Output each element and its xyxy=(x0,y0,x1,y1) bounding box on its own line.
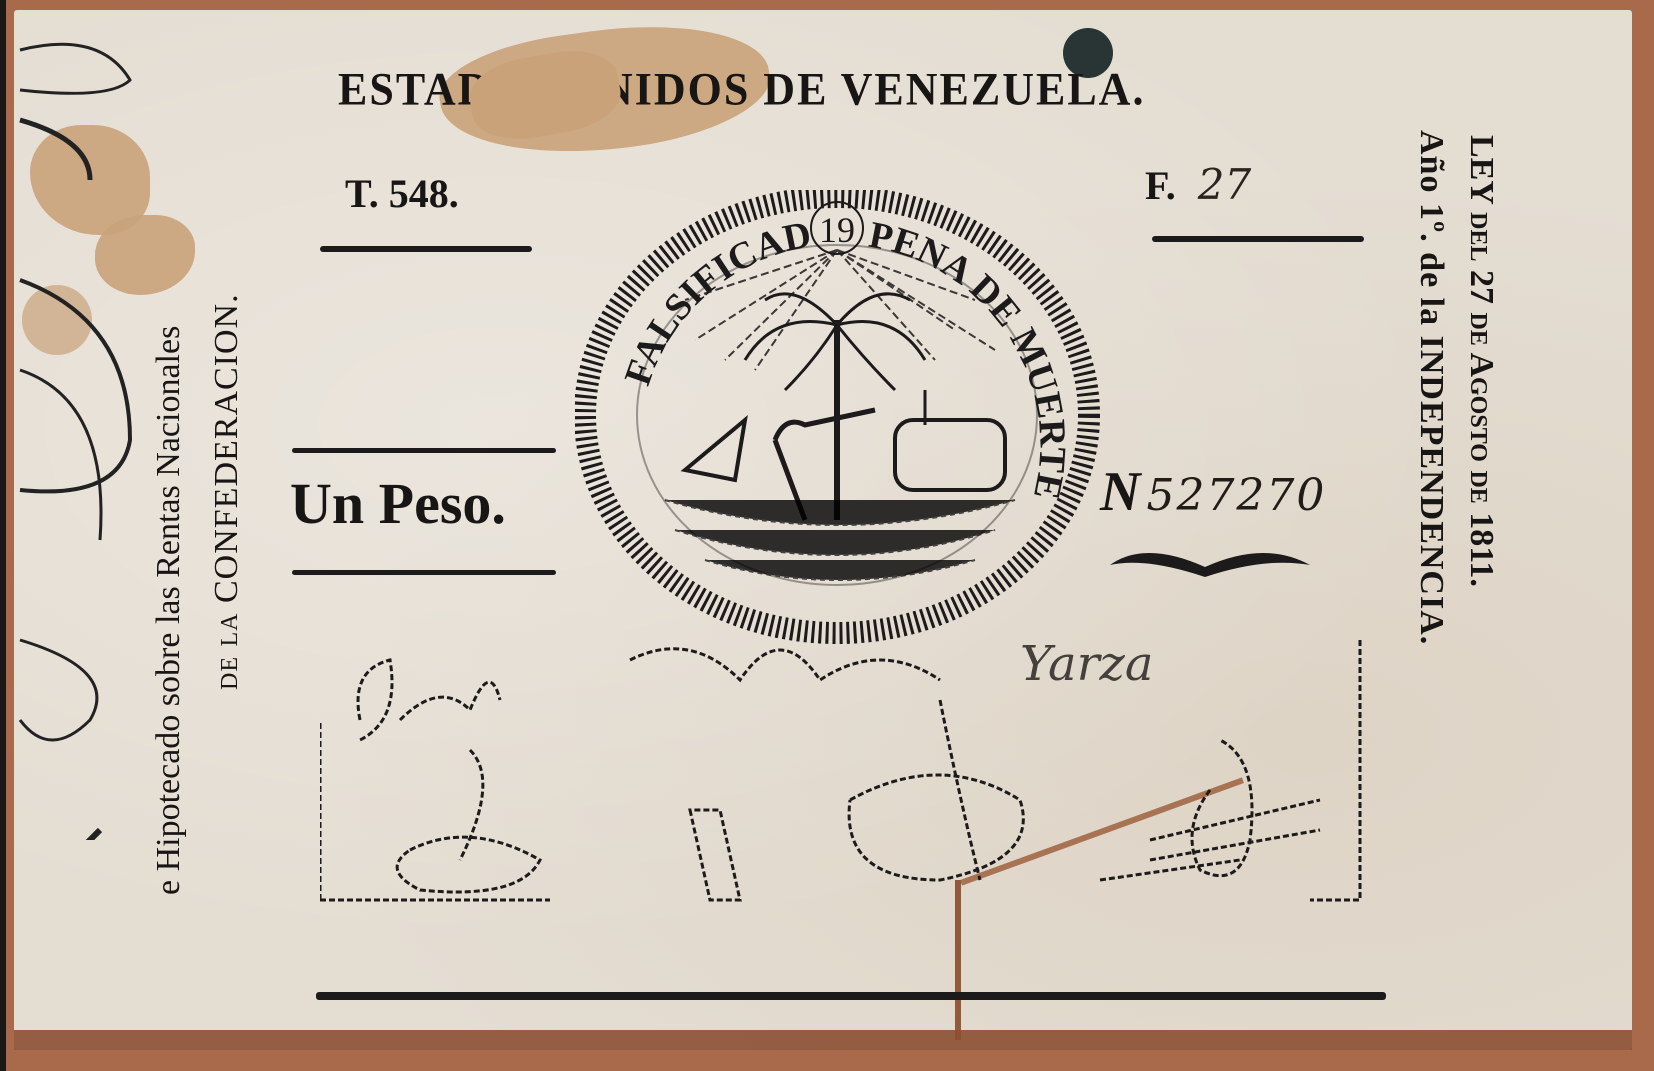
serial-number: N527270 xyxy=(1100,460,1326,524)
flourish-left-edge xyxy=(10,20,160,840)
rule-under-folio xyxy=(1152,236,1364,242)
seal-text-left: FALSIFICADOR xyxy=(575,190,815,391)
rule-below-denomination xyxy=(292,570,556,575)
rule-above-denomination xyxy=(292,448,556,453)
bottom-edge-stain xyxy=(14,1030,1632,1050)
left-margin-line1: e Hipotecado sobre las Rentas Nacionales xyxy=(150,326,188,895)
document-title: ESTADOS UNIDOS DE VENEZUELA. xyxy=(338,63,1145,117)
tomo-number: T. 548. xyxy=(345,170,459,217)
signature-text: Yarza xyxy=(1020,636,1153,692)
folio-number: F.27 xyxy=(1145,160,1251,209)
right-margin-line2: Año 1º. de la INDEPENDENCIA. xyxy=(1412,130,1450,645)
serial-value: 527270 xyxy=(1146,470,1326,521)
folio-label: F. xyxy=(1145,163,1176,208)
left-margin-prefix: e xyxy=(150,880,187,895)
svg-text:FALSIFICADOR: FALSIFICADOR xyxy=(575,190,815,391)
bottom-rule xyxy=(316,992,1386,1000)
denomination: Un Peso. xyxy=(290,470,506,537)
tomo-label: T. xyxy=(345,171,379,216)
right-margin-line1: LEY del 27 de Agosto de 1811. xyxy=(1462,135,1500,587)
seal-emblem: FALSIFICADOR PENA DE MUERTE AL 19 xyxy=(575,190,1100,655)
serial-prefix: N xyxy=(1100,461,1140,523)
rule-under-tomo xyxy=(320,246,532,252)
seal-number: 19 xyxy=(819,210,855,250)
left-margin-text: Hipotecado sobre las Rentas Nacionales xyxy=(150,326,187,872)
folio-value: 27 xyxy=(1198,160,1251,209)
mustache-flourish-icon xyxy=(1105,545,1315,585)
signature-block: Yarza xyxy=(320,600,1380,920)
left-margin-line2: de la CONFEDERACION. xyxy=(208,293,246,690)
tomo-value: 548. xyxy=(389,171,459,216)
